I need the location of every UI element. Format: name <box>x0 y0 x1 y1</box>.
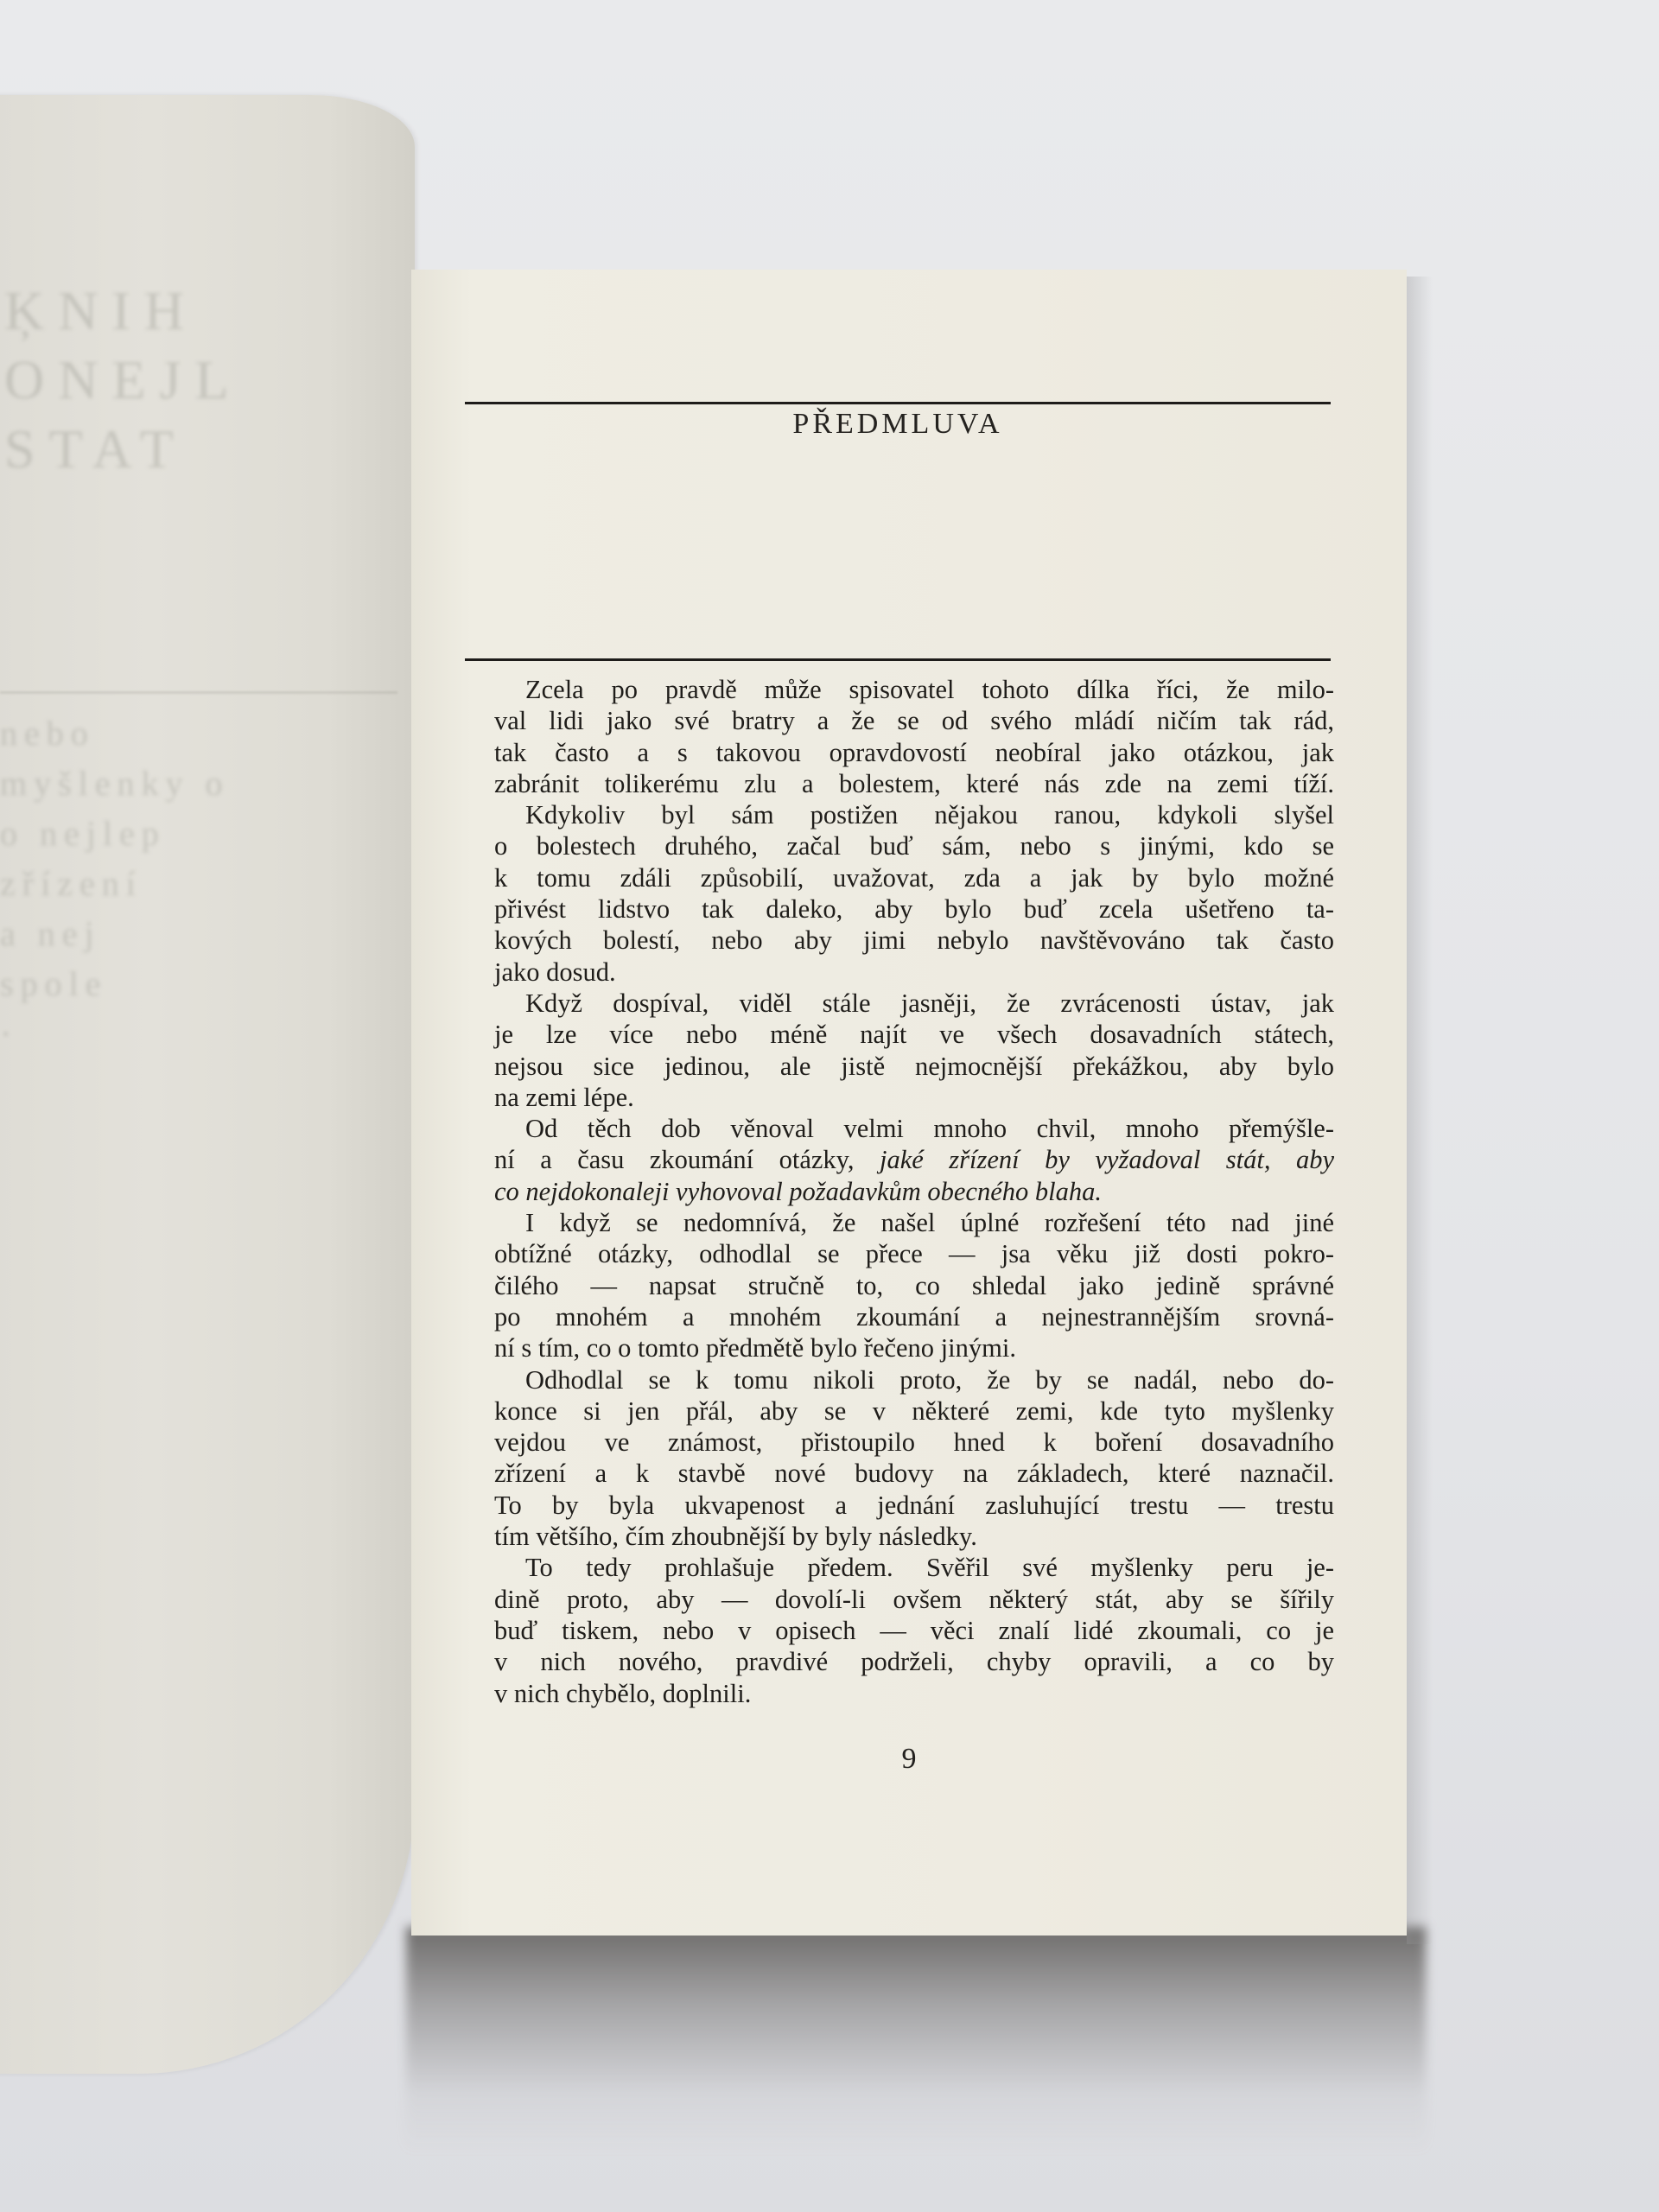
paragraph-7: To tedy prohlašuje předem. Svěřil své my… <box>463 1552 1334 1708</box>
text-line: To tedy prohlašuje předem. Svěřil své my… <box>463 1552 1334 1583</box>
text-line: tím většího, čím zhoubnější by byly násl… <box>463 1521 1334 1552</box>
page-edge-shadow <box>1407 276 1433 1944</box>
right-page: PŘEDMLUVA Zcela po pravdě může spisovate… <box>411 270 1407 1935</box>
text-line-mixed: ní a času zkoumání otázky, jaké zřízení … <box>463 1144 1334 1175</box>
page-number: 9 <box>411 1743 1407 1776</box>
text-line: zabránit tolikerému zlu a bolestem, kter… <box>463 768 1334 799</box>
text-line: o bolestech druhého, začal buď sám, nebo… <box>463 830 1334 861</box>
text-line-italic: co nejdokonaleji vyhovoval požadavkům ob… <box>463 1176 1334 1207</box>
text-line: kových bolestí, nebo aby jimi nebylo nav… <box>463 925 1334 956</box>
left-page: ĶNIHONEJLSTAT nebomyšlenky oo nejlepzříz… <box>0 95 415 2074</box>
text-line: tak často a s takovou opravdovostí neobí… <box>463 737 1334 768</box>
italic-text: co nejdokonaleji vyhovoval požadavkům ob… <box>494 1177 1102 1206</box>
text-line: To by byla ukvapenost a jednání zasluhuj… <box>463 1490 1334 1521</box>
text-line: dině proto, aby — dovolí-li ovšem někter… <box>463 1584 1334 1615</box>
text-line: Když dospíval, viděl stále jasněji, že z… <box>463 988 1334 1019</box>
text-line: na zemi lépe. <box>463 1082 1334 1113</box>
text-line: konce si jen přál, aby se v některé zemi… <box>463 1395 1334 1427</box>
text-line: Zcela po pravdě může spisovatel tohoto d… <box>463 674 1334 705</box>
text-line: čilého — napsat stručně to, co shledal j… <box>463 1270 1334 1301</box>
text-line: val lidi jako své bratry a že se od svéh… <box>463 705 1334 736</box>
text-line: k tomu zdáli způsobilí, uvažovat, zda a … <box>463 862 1334 893</box>
paragraph-2: Kdykoliv byl sám postižen nějakou ranou,… <box>463 799 1334 988</box>
text-line: ní s tím, co o tomto předmětě bylo řečen… <box>463 1332 1334 1363</box>
text-line: je lze více nebo méně najít ve všech dos… <box>463 1019 1334 1050</box>
text-line: buď tiskem, nebo v opisech — věci znalí … <box>463 1615 1334 1646</box>
left-page-show-through-rule <box>0 691 397 694</box>
text-line: nejsou sice jedinou, ale jistě nejmocněj… <box>463 1051 1334 1082</box>
text-line: v nich chybělo, doplnili. <box>463 1678 1334 1709</box>
text-line: Od těch dob věnoval velmi mnoho chvil, m… <box>463 1113 1334 1144</box>
text-line: po mnohém a mnohém zkoumání a nejnestran… <box>463 1301 1334 1332</box>
text-line: Odhodlal se k tomu nikoli proto, že by s… <box>463 1364 1334 1395</box>
text-line: I když se nedomnívá, že našel úplné rozř… <box>463 1207 1334 1238</box>
text-line: jako dosud. <box>463 957 1334 988</box>
heading-rule-bottom <box>465 658 1331 661</box>
paragraph-1: Zcela po pravdě může spisovatel tohoto d… <box>463 674 1334 799</box>
heading-rule-top <box>465 402 1331 404</box>
text-line: přivést lidstvo tak daleko, aby bylo buď… <box>463 893 1334 925</box>
left-page-show-through-lines: nebomyšlenky oo nejlepzřízenía nejspole … <box>0 709 363 1059</box>
text-span: ní a času zkoumání otázky, <box>494 1145 880 1174</box>
text-line: zřízení a k stavbě nové budovy na základ… <box>463 1458 1334 1489</box>
paragraph-4: Od těch dob věnoval velmi mnoho chvil, m… <box>463 1113 1334 1207</box>
italic-text: jaké zřízení by vyžadoval stát, aby <box>880 1145 1334 1174</box>
left-page-show-through: ĶNIHONEJLSTAT <box>4 276 367 484</box>
chapter-heading: PŘEDMLUVA <box>465 408 1331 441</box>
paragraph-6: Odhodlal se k tomu nikoli proto, že by s… <box>463 1364 1334 1553</box>
paragraph-3: Když dospíval, viděl stále jasněji, že z… <box>463 988 1334 1113</box>
paragraph-5: I když se nedomnívá, že našel úplné rozř… <box>463 1207 1334 1363</box>
text-line: vejdou ve známost, přistoupilo hned k bo… <box>463 1427 1334 1458</box>
text-line: obtížné otázky, odhodlal se přece — jsa … <box>463 1238 1334 1269</box>
text-line: Kdykoliv byl sám postižen nějakou ranou,… <box>463 799 1334 830</box>
text-line: v nich nového, pravdivé podrželi, chyby … <box>463 1646 1334 1677</box>
page-shadow <box>406 1927 1426 2152</box>
body-text: Zcela po pravdě může spisovatel tohoto d… <box>463 674 1334 1709</box>
